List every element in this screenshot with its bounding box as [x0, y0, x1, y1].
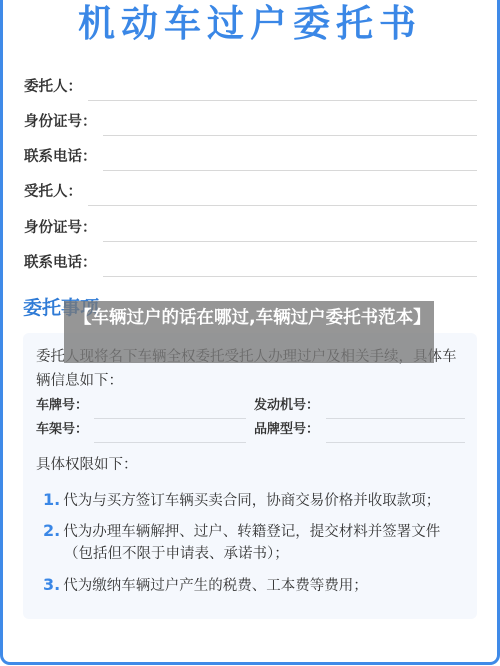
engine-number-field: 发动机号：: [254, 397, 465, 419]
blank-line: [103, 170, 477, 171]
permission-item: 1.代为与买方签订车辆买卖合同，协商交易价格并收取款项；: [43, 489, 463, 512]
principal-name-field: 委托人：: [24, 77, 477, 101]
field-label: 品牌型号：: [254, 421, 319, 439]
agent-phone-field: 联系电话：: [24, 253, 477, 277]
field-label: 委托人：: [24, 77, 82, 97]
field-label: 联系电话：: [24, 147, 97, 167]
agent-name-field: 受托人：: [24, 182, 477, 206]
permission-item: 2.代为办理车辆解押、过户、转籍登记，提交材料并签署文件 （包括但不限于申请表、…: [43, 520, 463, 565]
field-label: 联系电话：: [24, 253, 97, 273]
permission-item: 3.代为缴纳车辆过户产生的税费、工本费等费用；: [43, 574, 463, 597]
blank-line: [103, 135, 477, 136]
permissions-heading: 具体权限如下：: [36, 455, 138, 475]
caption-overlay: 【车辆过户的话在哪过,车辆过户委托书范本】: [64, 301, 434, 363]
brand-model-field: 品牌型号：: [254, 421, 465, 443]
field-label: 发动机号：: [254, 397, 319, 415]
item-text-continuation: （包括但不限于申请表、承诺书）；: [43, 543, 463, 565]
blank-line: [103, 276, 477, 277]
item-number: 3.: [43, 575, 60, 594]
field-label: 车架号：: [36, 421, 88, 439]
plate-number-field: 车牌号：: [36, 397, 246, 419]
item-number: 1.: [43, 490, 60, 509]
vin-field: 车架号：: [36, 421, 246, 443]
field-label: 身份证号：: [24, 218, 97, 238]
principal-id-field: 身份证号：: [24, 112, 477, 136]
item-text: 代为缴纳车辆过户产生的税费、工本费等费用；: [63, 578, 368, 594]
blank-line: [326, 418, 465, 419]
blank-line: [94, 418, 246, 419]
field-label: 身份证号：: [24, 112, 97, 132]
blank-line: [103, 241, 477, 242]
principal-phone-field: 联系电话：: [24, 147, 477, 171]
field-label: 受托人：: [24, 182, 82, 202]
item-number: 2.: [43, 521, 60, 540]
blank-line: [326, 442, 465, 443]
item-text: 代为办理车辆解押、过户、转籍登记，提交材料并签署文件: [63, 524, 440, 540]
blank-line: [88, 205, 477, 206]
item-text: 代为与买方签订车辆买卖合同，协商交易价格并收取款项；: [63, 493, 440, 509]
field-label: 车牌号：: [36, 397, 88, 415]
document-title: 机动车过户委托书: [0, 2, 500, 46]
agent-id-field: 身份证号：: [24, 218, 477, 242]
blank-line: [88, 100, 477, 101]
blank-line: [94, 442, 246, 443]
